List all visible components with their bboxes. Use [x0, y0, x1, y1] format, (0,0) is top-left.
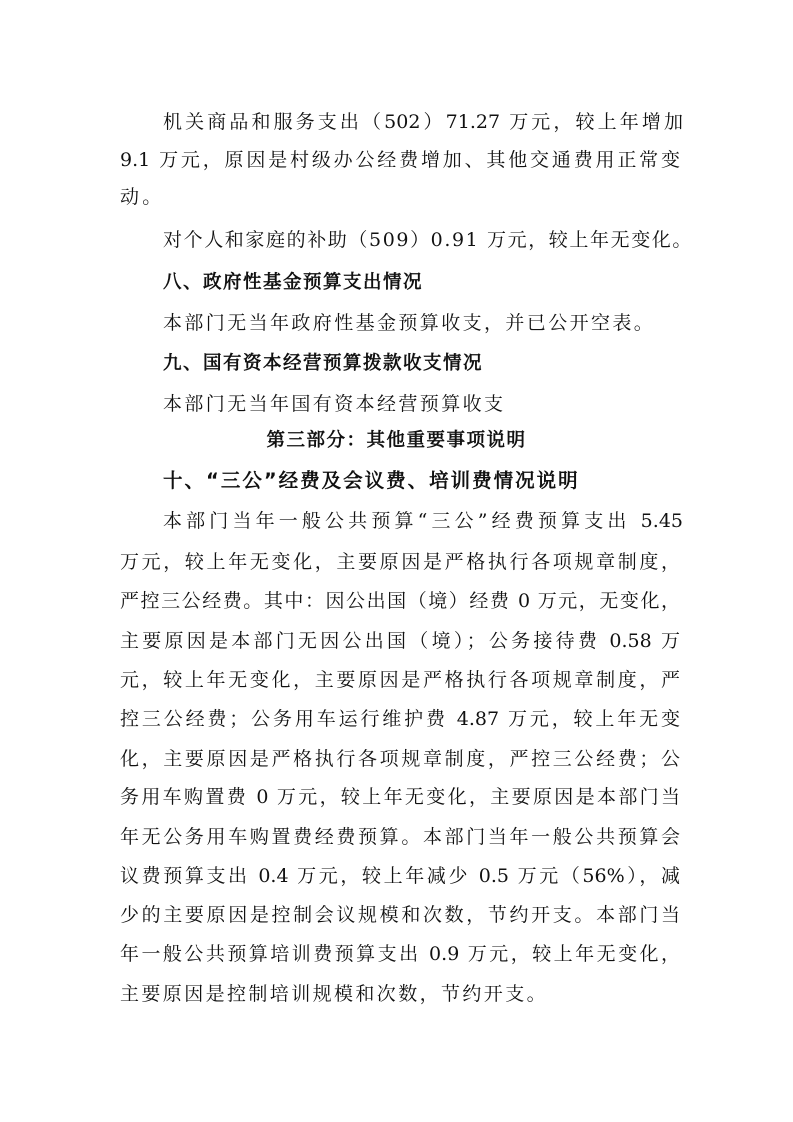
text-line: 控三公经费；公务用车运行维护费 4.87 万元，较上年无变	[120, 707, 680, 731]
text-line: 万元，较上年无变化，主要原因是严格执行各项规章制度，	[120, 550, 680, 574]
text-line: 少的主要原因是控制会议规模和次数，节约开支。本部门当	[120, 903, 680, 927]
text-line: 本部门当年一般公共预算“三公”经费预算支出 5.45	[163, 509, 683, 533]
section-heading-state-capital: 九、国有资本经营预算拨款收支情况	[163, 352, 683, 376]
text-line: 务用车购置费 0 万元，较上年无变化，主要原因是本部门当	[120, 785, 680, 809]
text-line: 年无公务用车购置费经费预算。本部门当年一般公共预算会	[120, 825, 680, 849]
text-line: 主要原因是控制培训规模和次数，节约开支。	[120, 982, 680, 1006]
text-line: 元，较上年无变化，主要原因是严格执行各项规章制度，严	[120, 668, 680, 692]
text-line: 化，主要原因是严格执行各项规章制度，严控三公经费；公	[120, 747, 680, 771]
section-heading-government-fund: 八、政府性基金预算支出情况	[163, 271, 683, 295]
section-body-government-fund: 本部门无当年政府性基金预算收支，并已公开空表。	[163, 311, 683, 335]
part-title: 第三部分：其他重要事项说明	[0, 429, 793, 453]
text-line: 主要原因是本部门无因公出国（境）；公务接待费 0.58 万	[120, 629, 680, 653]
text-line: 议费预算支出 0.4 万元，较上年减少 0.5 万元（56%），减	[120, 864, 680, 888]
paragraph-household-subsidy: 对个人和家庭的补助（509）0.91 万元，较上年无变化。	[163, 228, 683, 252]
text-line: 年一般公共预算培训费预算支出 0.9 万元，较上年无变化，	[120, 942, 680, 966]
section-body-state-capital: 本部门无当年国有资本经营预算收支	[163, 392, 683, 416]
text-line: 动。	[120, 185, 680, 209]
text-line: 9.1 万元，原因是村级办公经费增加、其他交通费用正常变	[120, 148, 680, 172]
section-heading-three-public: 十、“三公”经费及会议费、培训费情况说明	[163, 469, 683, 493]
text-line: 机关商品和服务支出（502）71.27 万元，较上年增加	[163, 110, 683, 134]
text-line: 严控三公经费。其中：因公出国（境）经费 0 万元，无变化，	[120, 589, 680, 613]
